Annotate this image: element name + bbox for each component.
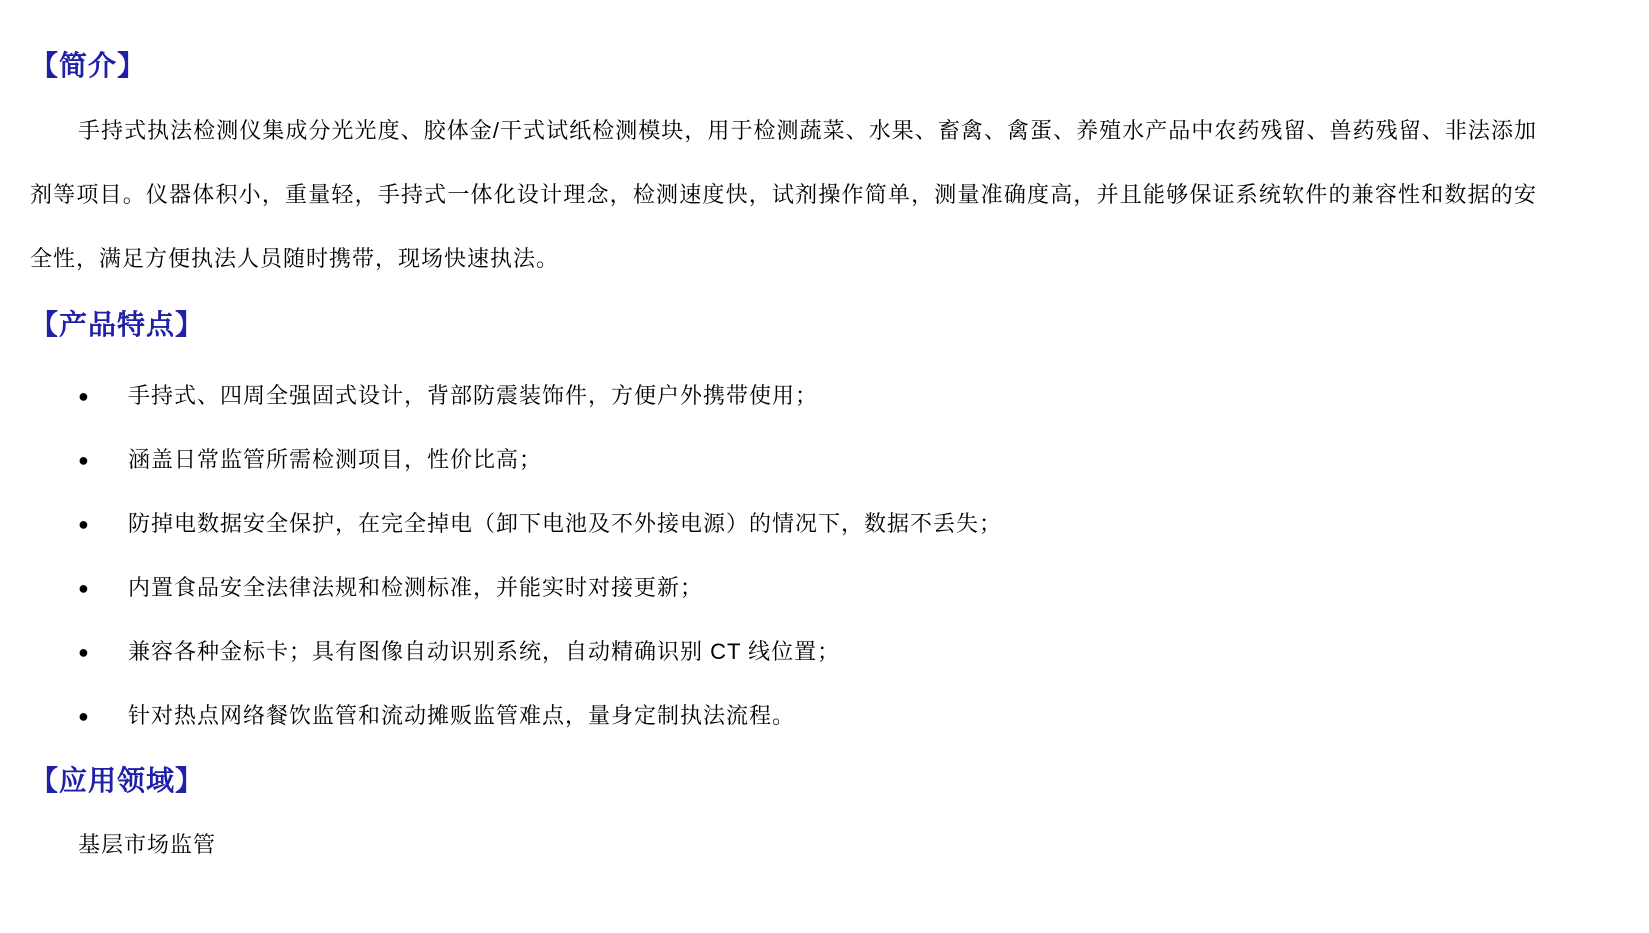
list-item: ● 兼容各种金标卡；具有图像自动识别系统，自动精确识别 CT 线位置； (30, 620, 1537, 684)
document-page: 【简介】 手持式执法检测仪集成分光光度、胶体金/干式试纸检测模块，用于检测蔬菜、… (0, 0, 1649, 933)
intro-section-heading: 【简介】 (30, 0, 1537, 82)
bullet-icon: ● (78, 620, 90, 684)
bullet-icon: ● (78, 364, 90, 428)
intro-paragraph: 手持式执法检测仪集成分光光度、胶体金/干式试纸检测模块，用于检测蔬菜、水果、畜禽… (30, 99, 1537, 291)
list-item: ● 手持式、四周全强固式设计，背部防震装饰件，方便户外携带使用； (30, 364, 1537, 428)
feature-item-text: 内置食品安全法律法规和检测标准，并能实时对接更新； (128, 575, 703, 600)
feature-item-text: 涵盖日常监管所需检测项目，性价比高； (128, 447, 542, 472)
applications-section-heading: 【应用领域】 (30, 765, 1537, 797)
feature-item-text: 兼容各种金标卡；具有图像自动识别系统，自动精确识别 CT 线位置； (128, 639, 840, 664)
bullet-icon: ● (78, 492, 90, 556)
list-item: ● 涵盖日常监管所需检测项目，性价比高； (30, 428, 1537, 492)
bullet-icon: ● (78, 684, 90, 748)
features-section-heading: 【产品特点】 (30, 309, 1537, 341)
applications-text: 基层市场监管 (30, 813, 1537, 877)
list-item: ● 防掉电数据安全保护，在完全掉电（卸下电池及不外接电源）的情况下，数据不丢失； (30, 492, 1537, 556)
feature-item-text: 防掉电数据安全保护，在完全掉电（卸下电池及不外接电源）的情况下，数据不丢失； (128, 511, 1002, 536)
feature-item-text: 针对热点网络餐饮监管和流动摊贩监管难点，量身定制执法流程。 (128, 703, 795, 728)
list-item: ● 内置食品安全法律法规和检测标准，并能实时对接更新； (30, 556, 1537, 620)
bullet-icon: ● (78, 428, 90, 492)
bullet-icon: ● (78, 556, 90, 620)
feature-item-text: 手持式、四周全强固式设计，背部防震装饰件，方便户外携带使用； (128, 383, 818, 408)
feature-list: ● 手持式、四周全强固式设计，背部防震装饰件，方便户外携带使用； ● 涵盖日常监… (30, 364, 1537, 748)
list-item: ● 针对热点网络餐饮监管和流动摊贩监管难点，量身定制执法流程。 (30, 684, 1537, 748)
